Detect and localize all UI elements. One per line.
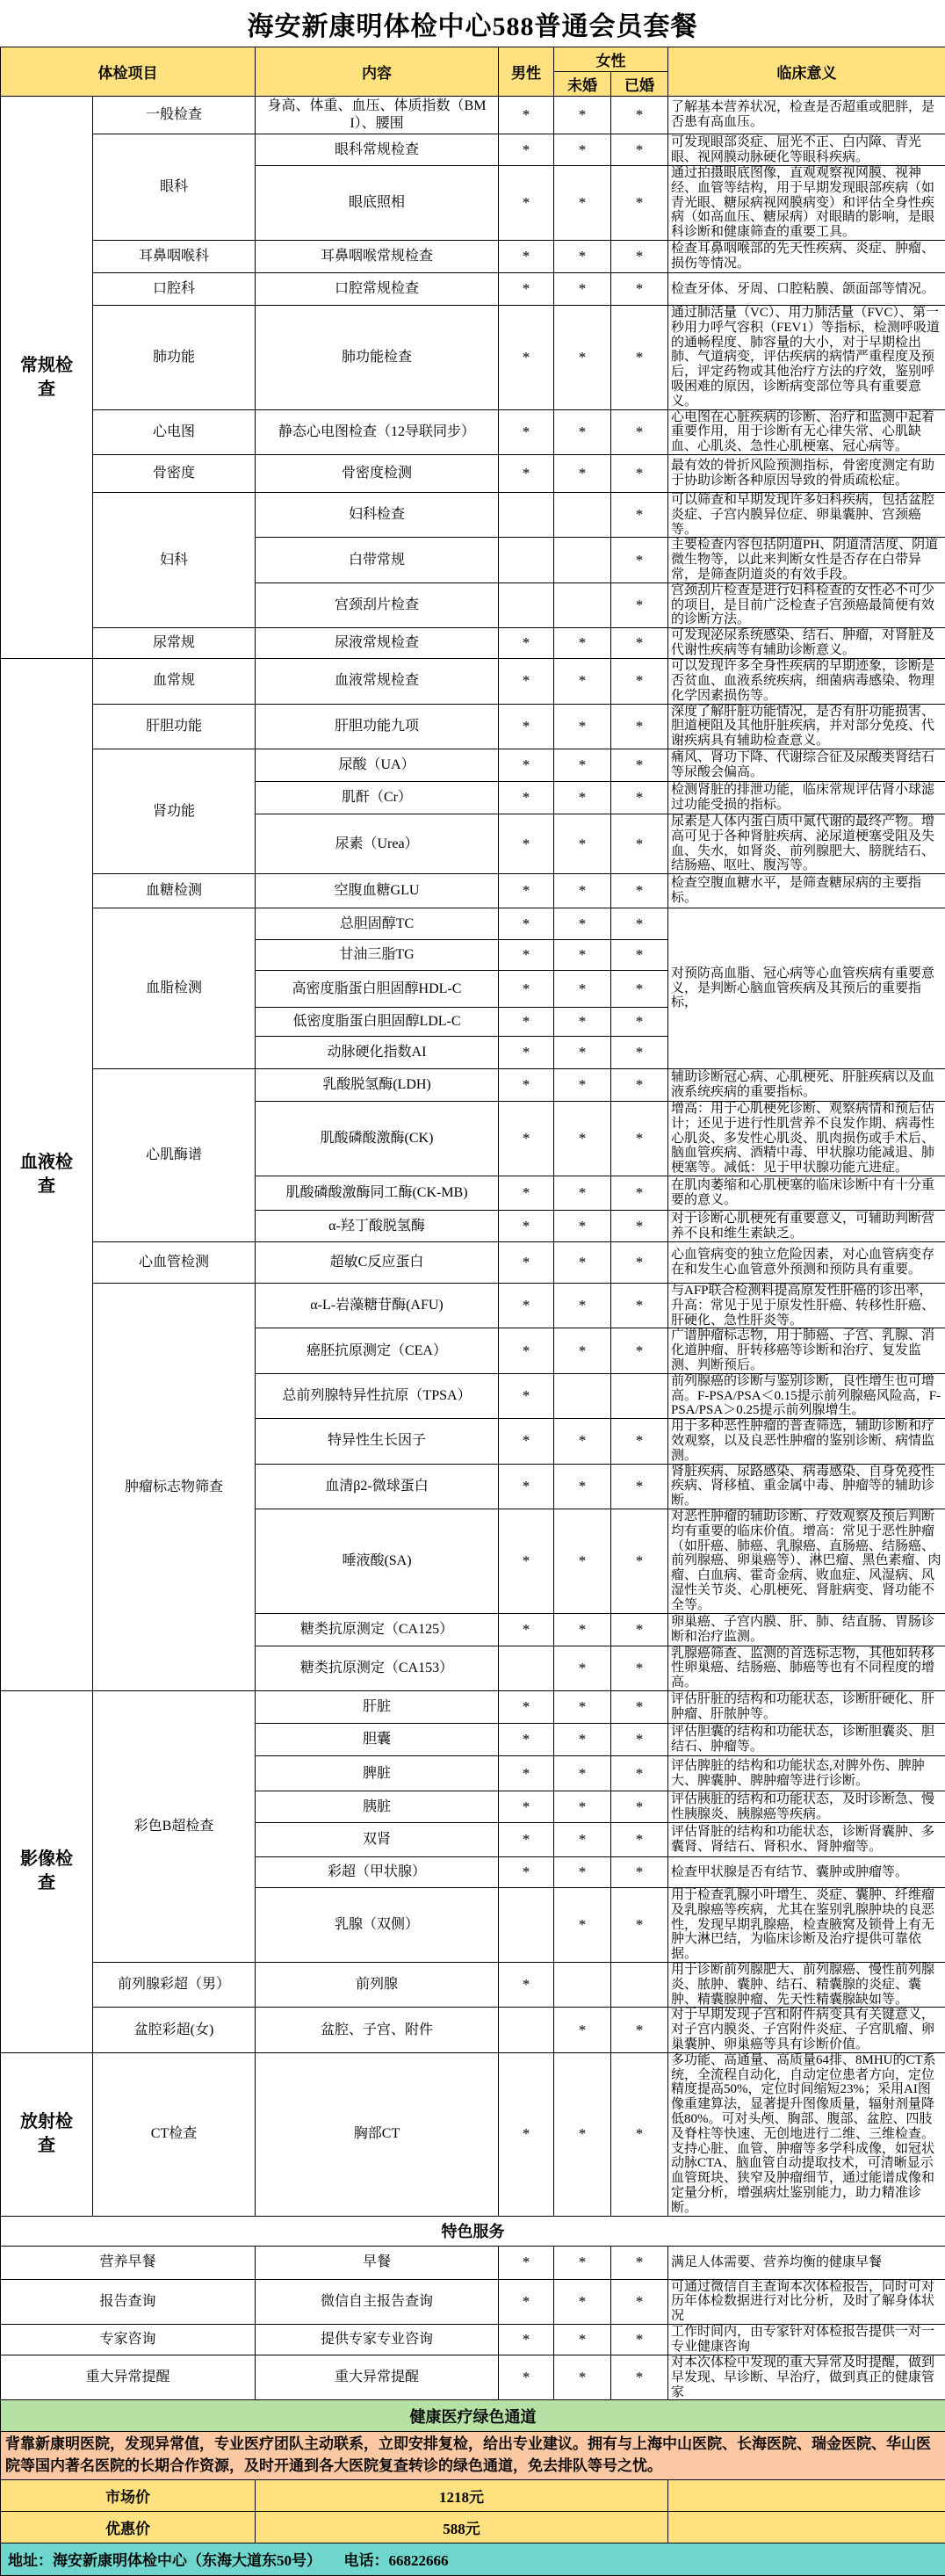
star-cell: * bbox=[499, 1176, 554, 1211]
star-cell: * bbox=[554, 1691, 611, 1724]
star-cell bbox=[554, 582, 611, 627]
content-cell: 提供专家专业咨询 bbox=[256, 2324, 499, 2355]
group-label: 放射检查 bbox=[1, 2052, 93, 2216]
star-cell: * bbox=[499, 814, 554, 873]
star-cell: * bbox=[499, 2324, 554, 2355]
star-cell: * bbox=[611, 1037, 668, 1069]
group-label: 血液检查 bbox=[1, 659, 93, 1691]
table-row: 肿瘤标志物筛查α-L-岩藻糖苷酶(AFU)***与AFP联合检测料提高原发性肝癌… bbox=[1, 1284, 945, 1328]
content-cell: 肌酸磷酸激酶(CK) bbox=[256, 1102, 499, 1176]
header-unmarried: 未婚 bbox=[554, 72, 611, 97]
table-row: 妇科妇科检查*可以筛查和早期发现许多妇科疾病，包括盆腔炎症、子宫内膜异位症、卵巢… bbox=[1, 492, 945, 537]
star-cell: * bbox=[611, 1008, 668, 1037]
meaning-cell: 尿素是人体内蛋白质中氮代谢的最终产物。增高可见于各种肾脏疾病、泌尿道梗塞受阻及失… bbox=[668, 814, 945, 873]
star-cell: * bbox=[611, 2355, 668, 2399]
category-cell: 心肌酶谱 bbox=[93, 1069, 256, 1242]
category-cell: 血常规 bbox=[93, 659, 256, 704]
star-cell: * bbox=[554, 166, 611, 241]
category-cell: 骨密度 bbox=[93, 454, 256, 492]
star-cell: * bbox=[499, 272, 554, 305]
price-empty-cell bbox=[668, 2479, 945, 2511]
star-cell: * bbox=[499, 2246, 554, 2279]
star-cell: * bbox=[499, 97, 554, 134]
star-cell: * bbox=[499, 908, 554, 940]
content-cell: 尿酸（UA） bbox=[256, 749, 499, 781]
star-cell bbox=[499, 582, 554, 627]
package-table: 体检项目 内容 男性 女性 临床意义 未婚 已婚 常规检查一般检查身高、体重、血… bbox=[0, 47, 945, 2576]
content-cell: 重大异常提醒 bbox=[256, 2355, 499, 2399]
star-cell: * bbox=[611, 240, 668, 272]
star-cell: * bbox=[554, 1791, 611, 1823]
star-cell: * bbox=[611, 538, 668, 582]
table-row: 盆腔彩超(女)盆腔、子宫、附件**对于早期发现子宫和附件病变具有关键意义，对子宫… bbox=[1, 2008, 945, 2052]
star-cell: * bbox=[499, 240, 554, 272]
table-row: 口腔科口腔常规检查***检查牙体、牙周、口腔粘膜、颌面部等情况。 bbox=[1, 272, 945, 305]
star-cell: * bbox=[611, 908, 668, 940]
content-cell: 肺功能检查 bbox=[256, 305, 499, 409]
star-cell: * bbox=[611, 1211, 668, 1242]
star-cell: * bbox=[554, 305, 611, 409]
meaning-cell: 对恶性肿瘤的辅助诊断、疗效观察及预后判断均有重要的临床价值。增高：常见于恶性肿瘤… bbox=[668, 1509, 945, 1614]
star-cell bbox=[611, 1962, 668, 2007]
table-row: 报告查询微信自主报告查询***可通过微信自主查询本次体检报告，同时可对历年体检数… bbox=[1, 2279, 945, 2324]
meaning-cell: 评估胆囊的结构和功能状态，诊断胆囊炎、胆结石、肿瘤等。 bbox=[668, 1724, 945, 1756]
star-cell: * bbox=[554, 1464, 611, 1509]
table-row: 健康医疗绿色通道 bbox=[1, 2400, 945, 2432]
star-cell: * bbox=[611, 1284, 668, 1328]
star-cell: * bbox=[499, 749, 554, 781]
star-cell: * bbox=[554, 814, 611, 873]
star-cell: * bbox=[554, 134, 611, 166]
content-cell: 前列腺 bbox=[256, 1962, 499, 2007]
content-cell: 微信自主报告查询 bbox=[256, 2279, 499, 2324]
star-cell: * bbox=[554, 749, 611, 781]
star-cell: * bbox=[554, 454, 611, 492]
star-cell: * bbox=[499, 704, 554, 749]
star-cell: * bbox=[611, 582, 668, 627]
meaning-cell: 卵巢癌、子宫内膜、肝、肺、结直肠、胃肠诊断和治疗监测。 bbox=[668, 1613, 945, 1646]
star-cell bbox=[611, 1373, 668, 1418]
star-cell: * bbox=[554, 1211, 611, 1242]
meaning-cell: 在肌肉萎缩和心肌梗塞的临床诊断中有十分重要的意义。 bbox=[668, 1176, 945, 1211]
star-cell: * bbox=[499, 781, 554, 814]
star-cell: * bbox=[611, 1888, 668, 1963]
star-cell: * bbox=[554, 1509, 611, 1614]
star-cell: * bbox=[611, 1176, 668, 1211]
star-cell: * bbox=[611, 1069, 668, 1102]
header-meaning: 临床意义 bbox=[668, 47, 945, 97]
star-cell: * bbox=[499, 628, 554, 659]
star-cell: * bbox=[611, 749, 668, 781]
star-cell: * bbox=[554, 2008, 611, 2052]
star-cell: * bbox=[499, 971, 554, 1008]
table-row: 骨密度骨密度检测***最有效的骨折风险预测指标，骨密度测定有助于协助诊断各种原因… bbox=[1, 454, 945, 492]
meaning-cell: 评估脾脏的结构和功能状态,对脾外伤、脾肿大、脾囊肿、脾肿瘤等进行诊断。 bbox=[668, 1756, 945, 1791]
star-cell: * bbox=[554, 874, 611, 908]
star-cell: * bbox=[499, 1823, 554, 1857]
category-cell: 彩色B超检查 bbox=[93, 1691, 256, 1963]
star-cell: * bbox=[554, 2052, 611, 2216]
star-cell: * bbox=[554, 240, 611, 272]
content-cell: 肝脏 bbox=[256, 1691, 499, 1724]
content-cell: 甘油三脂TG bbox=[256, 940, 499, 971]
star-cell bbox=[554, 492, 611, 537]
category-cell: 重大异常提醒 bbox=[1, 2355, 256, 2399]
star-cell: * bbox=[554, 908, 611, 940]
star-cell: * bbox=[499, 1756, 554, 1791]
star-cell bbox=[499, 492, 554, 537]
meaning-cell: 增高：用于心肌梗死诊断、观察病情和预后估计；还见于进行性肌营养不良发作期、病毒性… bbox=[668, 1102, 945, 1176]
meaning-cell: 心血管病变的独立危险因素，对心血管病变存在和发生心血管意外预测和预防具有重要。 bbox=[668, 1242, 945, 1284]
star-cell: * bbox=[499, 1419, 554, 1464]
star-cell: * bbox=[499, 1373, 554, 1418]
star-cell: * bbox=[554, 1102, 611, 1176]
star-cell: * bbox=[611, 1613, 668, 1646]
star-cell: * bbox=[611, 971, 668, 1008]
group-label: 影像检查 bbox=[1, 1691, 93, 2053]
header-married: 已婚 bbox=[611, 72, 668, 97]
star-cell: * bbox=[611, 1464, 668, 1509]
star-cell: * bbox=[611, 1691, 668, 1724]
content-cell: 总胆固醇TC bbox=[256, 908, 499, 940]
meaning-cell: 对预防高血脂、冠心病等心血管疾病有重要意义，是判断心脑血管疾病及其预后的重要指标… bbox=[668, 908, 945, 1069]
star-cell: * bbox=[554, 704, 611, 749]
star-cell: * bbox=[554, 1008, 611, 1037]
meaning-cell: 对于诊断心肌梗死有重要意义，可辅助判断营养不良和维生素缺乏。 bbox=[668, 1211, 945, 1242]
star-cell bbox=[499, 1646, 554, 1690]
star-cell: * bbox=[611, 2246, 668, 2279]
header-content: 内容 bbox=[256, 47, 499, 97]
star-cell: * bbox=[554, 1328, 611, 1373]
star-cell: * bbox=[499, 1328, 554, 1373]
meaning-cell: 评估肾脏的结构和功能状态，诊断肾囊肿、多囊肾、肾结石、肾积水、肾肿瘤等。 bbox=[668, 1823, 945, 1857]
content-cell: 特异性生长因子 bbox=[256, 1419, 499, 1464]
star-cell: * bbox=[499, 1242, 554, 1284]
star-cell: * bbox=[554, 1756, 611, 1791]
star-cell: * bbox=[499, 166, 554, 241]
table-row: 营养早餐早餐***满足人体需要、营养均衡的健康早餐 bbox=[1, 2246, 945, 2279]
star-cell: * bbox=[554, 2355, 611, 2399]
star-cell: * bbox=[611, 2008, 668, 2052]
meaning-cell: 用于多种恶性肿瘤的普查筛选，辅助诊断和疗效观察，以及良恶性肿瘤的鉴别诊断、病情监… bbox=[668, 1419, 945, 1464]
green-channel-description: 背靠新康明医院，发现异常值，专业医疗团队主动联系，立即安排复检，给出专业建议。拥… bbox=[1, 2432, 945, 2479]
category-cell: 口腔科 bbox=[93, 272, 256, 305]
content-cell: 超敏C反应蛋白 bbox=[256, 1242, 499, 1284]
table-row: 尿常规尿液常规检查***可发现泌尿系统感染、结石、肿瘤，对肾脏及代谢性疾病等有辅… bbox=[1, 628, 945, 659]
star-cell: * bbox=[554, 1284, 611, 1328]
meaning-cell: 通过肺活量（VC）、用力肺活量（FVC）、第一秒用力呼气容积（FEV1）等指标，… bbox=[668, 305, 945, 409]
meaning-cell: 可以发现许多全身性疾病的早期迹象，诊断是否贫血、血液系统疾病，细菌病毒感染、物理… bbox=[668, 659, 945, 704]
category-cell: 眼科 bbox=[93, 134, 256, 241]
star-cell: * bbox=[499, 874, 554, 908]
meaning-cell: 可通过微信自主查询本次体检报告，同时可对历年体检数据进行对比分析，及时了解身体状… bbox=[668, 2279, 945, 2324]
star-cell bbox=[499, 538, 554, 582]
content-cell: 血液常规检查 bbox=[256, 659, 499, 704]
star-cell: * bbox=[611, 1509, 668, 1614]
content-cell: 空腹血糖GLU bbox=[256, 874, 499, 908]
content-cell: 癌胚抗原测定（CEA） bbox=[256, 1328, 499, 1373]
star-cell: * bbox=[611, 2279, 668, 2324]
price-value: 588元 bbox=[256, 2511, 668, 2543]
star-cell: * bbox=[554, 272, 611, 305]
star-cell: * bbox=[499, 1857, 554, 1888]
meaning-cell: 用于诊断前列腺肥大、前列腺癌、慢性前列腺炎、脓肿、囊肿、结石、精囊腺的炎症、囊肿… bbox=[668, 1962, 945, 2007]
star-cell: * bbox=[611, 704, 668, 749]
star-cell: * bbox=[499, 305, 554, 409]
content-cell: 肌酐（Cr） bbox=[256, 781, 499, 814]
content-cell: 总前列腺特异性抗原（TPSA） bbox=[256, 1373, 499, 1418]
green-channel-title: 健康医疗绿色通道 bbox=[1, 2400, 945, 2432]
table-row: 血液检查血常规血液常规检查***可以发现许多全身性疾病的早期迹象，诊断是否贫血、… bbox=[1, 659, 945, 704]
content-cell: 宫颈刮片检查 bbox=[256, 582, 499, 627]
category-cell: 营养早餐 bbox=[1, 2246, 256, 2279]
table-row: 眼科眼科常规检查***可发现眼部炎症、屈光不正、白内障、青光眼、视网膜动脉硬化等… bbox=[1, 134, 945, 166]
meaning-cell: 评估肝脏的结构和功能状态，诊断肝硬化、肝肿瘤、肝脓肿等。 bbox=[668, 1691, 945, 1724]
category-cell: 血脂检测 bbox=[93, 908, 256, 1069]
meaning-cell: 检测肾脏的排泄功能，临床常规评估肾小球滤过功能受损的指标。 bbox=[668, 781, 945, 814]
content-cell: 口腔常规检查 bbox=[256, 272, 499, 305]
star-cell: * bbox=[499, 1509, 554, 1614]
category-cell: 肺功能 bbox=[93, 305, 256, 409]
table-row: 放射检查CT检查胸部CT***多功能、高通量、高质量64排、8MHU的CT系统，… bbox=[1, 2052, 945, 2216]
content-cell: 胸部CT bbox=[256, 2052, 499, 2216]
meaning-cell: 对本次体检中发现的重大异常及时提醒，做到早发现、早诊断、早治疗，做到真正的健康管… bbox=[668, 2355, 945, 2399]
table-row: 专家咨询提供专家专业咨询***工作时间内，由专家针对体检报告提供一对一专业健康咨… bbox=[1, 2324, 945, 2355]
star-cell: * bbox=[554, 97, 611, 134]
star-cell: * bbox=[554, 628, 611, 659]
star-cell: * bbox=[611, 1646, 668, 1690]
page-title: 海安新康明体检中心588普通会员套餐 bbox=[0, 0, 945, 47]
star-cell: * bbox=[611, 628, 668, 659]
meaning-cell: 满足人体需要、营养均衡的健康早餐 bbox=[668, 2246, 945, 2279]
table-row: 肺功能肺功能检查***通过肺活量（VC）、用力肺活量（FVC）、第一秒用力呼气容… bbox=[1, 305, 945, 409]
meaning-cell: 评估胰脏的结构和功能状态，及时诊断急、慢性胰腺炎、胰腺癌等疾病。 bbox=[668, 1791, 945, 1823]
content-cell: 身高、体重、血压、体质指数（BMI）、腰围 bbox=[256, 97, 499, 134]
content-cell: 尿素（Urea） bbox=[256, 814, 499, 873]
header-item: 体检项目 bbox=[1, 47, 256, 97]
content-cell: α-L-岩藻糖苷酶(AFU) bbox=[256, 1284, 499, 1328]
star-cell: * bbox=[611, 940, 668, 971]
content-cell: 肌酸磷酸激酶同工酶(CK-MB) bbox=[256, 1176, 499, 1211]
star-cell: * bbox=[554, 1888, 611, 1963]
star-cell: * bbox=[499, 1691, 554, 1724]
content-cell: 尿液常规检查 bbox=[256, 628, 499, 659]
table-row: 地址：海安新康明体检中心（东海大道东50号） 电话：66822666 bbox=[1, 2543, 945, 2575]
category-cell: 肾功能 bbox=[93, 749, 256, 873]
content-cell: α-羟丁酸脱氢酶 bbox=[256, 1211, 499, 1242]
star-cell: * bbox=[611, 814, 668, 873]
star-cell: * bbox=[499, 2355, 554, 2399]
group-label: 常规检查 bbox=[1, 97, 93, 659]
table-row: 肝胆功能肝胆功能九项***深度了解肝脏功能情况，是否有肝功能损害、胆道梗阻及其他… bbox=[1, 704, 945, 749]
table-row: 血糖检测空腹血糖GLU***检查空腹血糖水平，是筛查糖尿病的主要指标。 bbox=[1, 874, 945, 908]
star-cell: * bbox=[611, 2052, 668, 2216]
footer-info: 地址：海安新康明体检中心（东海大道东50号） 电话：66822666 bbox=[1, 2543, 945, 2575]
star-cell: * bbox=[499, 1791, 554, 1823]
meaning-cell: 检查耳鼻咽喉部的先天性疾病、炎症、肿瘤、损伤等情况。 bbox=[668, 240, 945, 272]
star-cell: * bbox=[611, 659, 668, 704]
meaning-cell: 与AFP联合检测料提高原发性肝癌的诊出率，升高：常见于见于原发性肝癌、转移性肝癌… bbox=[668, 1284, 945, 1328]
star-cell: * bbox=[554, 1646, 611, 1690]
meaning-cell: 心电图在心脏疾病的诊断、治疗和监测中起着重要作用，用于诊断有无心律失常、心肌缺血… bbox=[668, 409, 945, 454]
star-cell: * bbox=[611, 1756, 668, 1791]
star-cell: * bbox=[611, 166, 668, 241]
star-cell: * bbox=[554, 1724, 611, 1756]
table-row: 背靠新康明医院，发现异常值，专业医疗团队主动联系，立即安排复检，给出专业建议。拥… bbox=[1, 2432, 945, 2479]
category-cell: 报告查询 bbox=[1, 2279, 256, 2324]
star-cell: * bbox=[499, 1613, 554, 1646]
content-cell: 白带常规 bbox=[256, 538, 499, 582]
content-cell: 乳酸脱氢酶(LDH) bbox=[256, 1069, 499, 1102]
star-cell bbox=[554, 1373, 611, 1418]
table-row: 重大异常提醒重大异常提醒***对本次体检中发现的重大异常及时提醒，做到早发现、早… bbox=[1, 2355, 945, 2399]
star-cell: * bbox=[554, 971, 611, 1008]
meaning-cell: 多功能、高通量、高质量64排、8MHU的CT系统，全流程自动化，自动定位患者方向… bbox=[668, 2052, 945, 2216]
content-cell: 肝胆功能九项 bbox=[256, 704, 499, 749]
star-cell: * bbox=[499, 1464, 554, 1509]
table-row: 血脂检测总胆固醇TC***对预防高血脂、冠心病等心血管疾病有重要意义，是判断心脑… bbox=[1, 908, 945, 940]
table-row: 前列腺彩超（男）前列腺*用于诊断前列腺肥大、前列腺癌、慢性前列腺炎、脓肿、囊肿、… bbox=[1, 1962, 945, 2007]
star-cell: * bbox=[611, 1724, 668, 1756]
price-empty-cell bbox=[668, 2511, 945, 2543]
star-cell bbox=[554, 1962, 611, 2007]
star-cell: * bbox=[499, 1284, 554, 1328]
meaning-cell: 宫颈刮片检查是进行妇科检查的女性必不可少的项目，是目前广泛检查子宫颈癌最简便有效… bbox=[668, 582, 945, 627]
content-cell: 双肾 bbox=[256, 1823, 499, 1857]
meaning-cell: 用于检查乳腺小叶增生、炎症、囊肿、纤维瘤及乳腺癌等疾病，尤其在鉴别乳腺肿块的良恶… bbox=[668, 1888, 945, 1963]
star-cell: * bbox=[611, 1791, 668, 1823]
content-cell: 高密度脂蛋白胆固醇HDL-C bbox=[256, 971, 499, 1008]
star-cell bbox=[499, 2008, 554, 2052]
section-title: 特色服务 bbox=[1, 2216, 945, 2246]
star-cell bbox=[499, 1888, 554, 1963]
content-cell: 低密度脂蛋白胆固醇LDL-C bbox=[256, 1008, 499, 1037]
meaning-cell: 通过拍摄眼底图像，直观观察视网膜、视神经、血管等结构，用于早期发现眼部疾病（如青… bbox=[668, 166, 945, 241]
meaning-cell: 可以筛查和早期发现许多妇科疾病，包括盆腔炎症、子宫内膜异位症、卵巢囊肿、宫颈癌等… bbox=[668, 492, 945, 537]
content-cell: 静态心电图检查（12导联同步） bbox=[256, 409, 499, 454]
star-cell: * bbox=[499, 1069, 554, 1102]
meaning-cell: 主要检查内容包括阴道PH、阴道清洁度、阴道微生物等，以此来判断女性是否存在白带异… bbox=[668, 538, 945, 582]
table-row: 心电图静态心电图检查（12导联同步）***心电图在心脏疾病的诊断、治疗和监测中起… bbox=[1, 409, 945, 454]
meaning-cell: 了解基本营养状况，检查是否超重或肥胖，是否患有高血压。 bbox=[668, 97, 945, 134]
star-cell: * bbox=[499, 940, 554, 971]
star-cell: * bbox=[554, 409, 611, 454]
star-cell: * bbox=[554, 2279, 611, 2324]
meaning-cell: 对于早期发现子宫和附件病变具有关键意义，对子宫内膜炎、子宫附件炎症、子宫肌瘤、卵… bbox=[668, 2008, 945, 2052]
price-label: 市场价 bbox=[1, 2479, 256, 2511]
star-cell: * bbox=[554, 2246, 611, 2279]
star-cell: * bbox=[611, 781, 668, 814]
star-cell: * bbox=[611, 454, 668, 492]
meaning-cell: 可发现泌尿系统感染、结石、肿瘤，对肾脏及代谢性疾病等有辅助诊断意义。 bbox=[668, 628, 945, 659]
category-cell: CT检查 bbox=[93, 2052, 256, 2216]
price-value: 1218元 bbox=[256, 2479, 668, 2511]
meaning-cell: 工作时间内，由专家针对体检报告提供一对一专业健康咨询 bbox=[668, 2324, 945, 2355]
table-row: 心肌酶谱乳酸脱氢酶(LDH)***辅助诊断冠心病、心肌梗死、肝脏疾病以及血液系统… bbox=[1, 1069, 945, 1102]
meaning-cell: 广谱肿瘤标志物，用于肺癌、子宫、乳腺、消化道肿瘤、肝转移癌等诊断和治疗、复发监测… bbox=[668, 1328, 945, 1373]
category-cell: 前列腺彩超（男） bbox=[93, 1962, 256, 2007]
star-cell: * bbox=[554, 1613, 611, 1646]
content-cell: 盆腔、子宫、附件 bbox=[256, 2008, 499, 2052]
star-cell: * bbox=[554, 1069, 611, 1102]
header-female: 女性 bbox=[554, 47, 668, 72]
header-male: 男性 bbox=[499, 47, 554, 97]
table-row: 优惠价588元 bbox=[1, 2511, 945, 2543]
star-cell: * bbox=[499, 1008, 554, 1037]
star-cell: * bbox=[499, 1102, 554, 1176]
content-cell: 妇科检查 bbox=[256, 492, 499, 537]
table-row: 肾功能尿酸（UA）***痛风、肾功下降、代谢综合征及尿酸类肾结石等尿酸会偏高。 bbox=[1, 749, 945, 781]
table-row: 市场价1218元 bbox=[1, 2479, 945, 2511]
star-cell: * bbox=[499, 134, 554, 166]
star-cell: * bbox=[554, 1037, 611, 1069]
content-cell: 早餐 bbox=[256, 2246, 499, 2279]
star-cell: * bbox=[499, 1037, 554, 1069]
star-cell: * bbox=[499, 1724, 554, 1756]
star-cell: * bbox=[499, 1211, 554, 1242]
category-cell: 肝胆功能 bbox=[93, 704, 256, 749]
star-cell bbox=[554, 538, 611, 582]
category-cell: 盆腔彩超(女) bbox=[93, 2008, 256, 2052]
meaning-cell: 检查甲状腺是否有结节、囊肿或肿瘤等。 bbox=[668, 1857, 945, 1888]
star-cell: * bbox=[554, 940, 611, 971]
star-cell: * bbox=[611, 409, 668, 454]
star-cell: * bbox=[554, 659, 611, 704]
content-cell: 彩超（甲状腺） bbox=[256, 1857, 499, 1888]
star-cell: * bbox=[611, 1419, 668, 1464]
meaning-cell: 检查空腹血糖水平，是筛查糖尿病的主要指标。 bbox=[668, 874, 945, 908]
star-cell: * bbox=[611, 1242, 668, 1284]
meaning-cell: 肾脏疾病、尿路感染、病毒感染、自身免疫性疾病、肾移植、重金属中毒、肿瘤等的辅助诊… bbox=[668, 1464, 945, 1509]
content-cell: 唾液酸(SA) bbox=[256, 1509, 499, 1614]
category-cell: 一般检查 bbox=[93, 97, 256, 134]
meaning-cell: 前列腺癌的诊断与鉴别诊断，良性增生也可增高。F-PSA/PSA＜0.15提示前列… bbox=[668, 1373, 945, 1418]
content-cell: 血清β2-微球蛋白 bbox=[256, 1464, 499, 1509]
content-cell: 眼底照相 bbox=[256, 166, 499, 241]
category-cell: 尿常规 bbox=[93, 628, 256, 659]
meaning-cell: 检查牙体、牙周、口腔粘膜、颌面部等情况。 bbox=[668, 272, 945, 305]
star-cell: * bbox=[611, 1857, 668, 1888]
category-cell: 耳鼻咽喉科 bbox=[93, 240, 256, 272]
meaning-cell: 深度了解肝脏功能情况，是否有肝功能损害、胆道梗阻及其他肝脏疾病，并对部分免疫、代… bbox=[668, 704, 945, 749]
star-cell: * bbox=[611, 134, 668, 166]
star-cell: * bbox=[554, 1857, 611, 1888]
star-cell: * bbox=[499, 2052, 554, 2216]
star-cell: * bbox=[499, 659, 554, 704]
category-cell: 肿瘤标志物筛查 bbox=[93, 1284, 256, 1691]
content-cell: 糖类抗原测定（CA153） bbox=[256, 1646, 499, 1690]
star-cell: * bbox=[611, 874, 668, 908]
content-cell: 糖类抗原测定（CA125） bbox=[256, 1613, 499, 1646]
star-cell: * bbox=[499, 1962, 554, 2007]
star-cell: * bbox=[499, 454, 554, 492]
meaning-cell: 辅助诊断冠心病、心肌梗死、肝脏疾病以及血液系统疾病的重要指标。 bbox=[668, 1069, 945, 1102]
star-cell: * bbox=[554, 2324, 611, 2355]
category-cell: 心电图 bbox=[93, 409, 256, 454]
table-row: 心血管检测超敏C反应蛋白***心血管病变的独立危险因素，对心血管病变存在和发生心… bbox=[1, 1242, 945, 1284]
star-cell: * bbox=[554, 1419, 611, 1464]
star-cell: * bbox=[611, 1102, 668, 1176]
category-cell: 心血管检测 bbox=[93, 1242, 256, 1284]
star-cell: * bbox=[499, 409, 554, 454]
category-cell: 专家咨询 bbox=[1, 2324, 256, 2355]
content-cell: 脾脏 bbox=[256, 1756, 499, 1791]
content-cell: 乳腺（双侧） bbox=[256, 1888, 499, 1963]
star-cell: * bbox=[611, 1823, 668, 1857]
meaning-cell: 乳腺癌筛查、监测的首选标志物，其他如转移性卵巢癌、结肠癌、肺癌等也有不同程度的增… bbox=[668, 1646, 945, 1690]
meaning-cell: 最有效的骨折风险预测指标，骨密度测定有助于协助诊断各种原因导致的骨质疏松症。 bbox=[668, 454, 945, 492]
content-cell: 胰脏 bbox=[256, 1791, 499, 1823]
